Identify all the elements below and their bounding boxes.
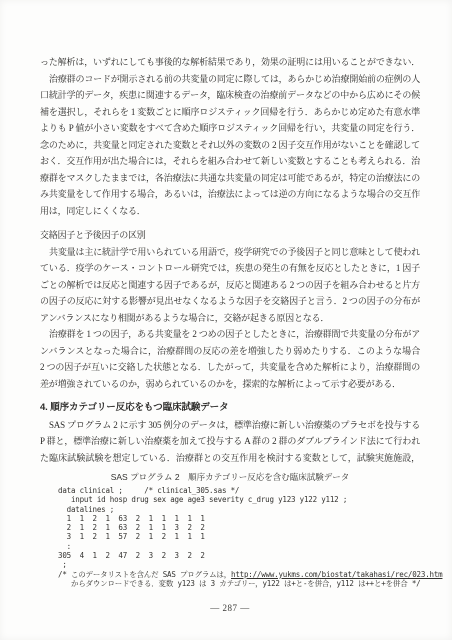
section-4-heading: 4. 順序カテゴリー反応をもつ臨床試験データ [40, 400, 420, 417]
body-line: ている．疫学のケース・コントロール研究では，疾患の発生の有無を反応としたときに，… [40, 260, 420, 277]
body-line: 口統計学的データ，疾患に関連するデータ，臨床検査の治療前データなどの中から広めに… [40, 87, 420, 104]
body-line: ごとの解析では反応と関連する因子であるが，反応と関連ある 2 つの因子を組み合わ… [40, 277, 420, 294]
body-line: ンバランスとなった場合に，治療群間の反応の差を増強したり弱めたりする．このような… [40, 343, 420, 360]
body-line: 共変量は主に統計学で用いられている用語で，疫学研究での予後因子と同じ意味として使… [40, 244, 420, 261]
code-comment-line: /* このデータリストを含んだ SAS プログラムは，http://www.yu… [58, 570, 420, 579]
code-data-row: 1 1 2 1 63 2 1 1 1 1 1 [58, 514, 420, 523]
body-line: た臨床試験試験を想定している．治療群との交互作用を検討する変数として，試験実施施… [40, 450, 420, 467]
body-line: P 群と，標準治療に新しい治療薬を加えて投与する A 群の 2 群のダブルブライ… [40, 433, 420, 450]
code-block: data clinical ; /* clinical_305.sas */ i… [58, 486, 420, 588]
body-line: SAS プログラム 2 に示す 305 例分のデータは，標準治療に新しい治療薬の… [40, 417, 420, 434]
page-number: — 287 — [40, 602, 420, 614]
code-data-row: 305 4 1 2 47 2 3 2 3 2 2 [58, 551, 420, 560]
code-data-row: 2 1 2 1 63 2 1 1 3 2 2 [58, 523, 420, 532]
code-ellipsis-row: : [58, 542, 420, 551]
body-line: の因子の反応に対する影響が見出せなくなるような因子を交絡因子と言う．2 つの因子… [40, 293, 420, 310]
code-comment-line: からダウンロードできる．変数 y123 は 3 カテゴリー，y122 は+と-を… [58, 579, 420, 588]
body-line: 治療群のコードが開示される前の共変量の同定に際しては，あらかじめ治療開始前の症例… [40, 71, 420, 88]
body-line: アンバランスになり相関があるような場合に，交絡が起きる原因となる． [40, 310, 420, 327]
document-page: った解析は，いずれにしても事後的な解析結果であり，効果の証明には用いることができ… [0, 0, 452, 640]
url-text: http://www.yukms.com/biostat/takahasi/re… [231, 570, 442, 579]
body-line: った解析は，いずれにしても事後的な解析結果であり，効果の証明には用いることができ… [40, 54, 420, 71]
comment-text: /* このデータリストを含んだ SAS プログラムは， [58, 570, 231, 579]
code-data-row: 3 1 2 1 57 2 1 2 1 1 1 [58, 532, 420, 541]
body-line: 2 つの因子が互いに交絡した状態となる．したがって，共変量を含めた解析により，治… [40, 359, 420, 376]
sas-program-listing: SAS プログラム 2 順序カテゴリー反応を含む臨床試験データ data cli… [40, 472, 420, 588]
code-line: ; [58, 560, 420, 569]
subheading-confounding-vs-prognostic: 交絡因子と予後因子の区別 [40, 227, 420, 244]
body-text: った解析は，いずれにしても事後的な解析結果であり，効果の証明には用いることができ… [40, 54, 420, 466]
body-line: 念のために，共変量と同定された変数とそれ以外の変数の 2 因子交互作用がないこと… [40, 137, 420, 154]
code-line: input id hosp drug sex age age3 severity… [58, 495, 420, 504]
code-line: data clinical ; /* clinical_305.sas */ [58, 486, 420, 495]
body-line: み共変量をして作用する場合，あるいは，治療法によっては逆の方向になるような場合の… [40, 186, 420, 203]
body-line: 治療群を 1 つの因子，ある共変量を 2 つめの因子としたときに，治療群間で共変… [40, 326, 420, 343]
body-line: 用は，同定しにくくなる． [40, 203, 420, 220]
body-line: おく．交互作用が出た場合には，それらを組み合わせて新しい変数とすることも考えられ… [40, 153, 420, 170]
program-caption: SAS プログラム 2 順序カテゴリー反応を含む臨床試験データ [40, 472, 420, 483]
code-line: datalines ; [58, 505, 420, 514]
body-line: よりも P 値が小さい変数をすべて含めた順序ロジスティック回帰を行い，共変量の同… [40, 120, 420, 137]
body-line: 補を選択し，それらを 1 変数ごとに順序ロジスティック回帰を行う．あらかじめ定め… [40, 104, 420, 121]
body-line: 差が増強されているのか，弱められているのかを，探索的な解析によって示す必要がある… [40, 376, 420, 393]
body-line: 療群をマスクしたままでは，各治療法に共通な共変量の同定は可能であるが，特定の治療… [40, 170, 420, 187]
